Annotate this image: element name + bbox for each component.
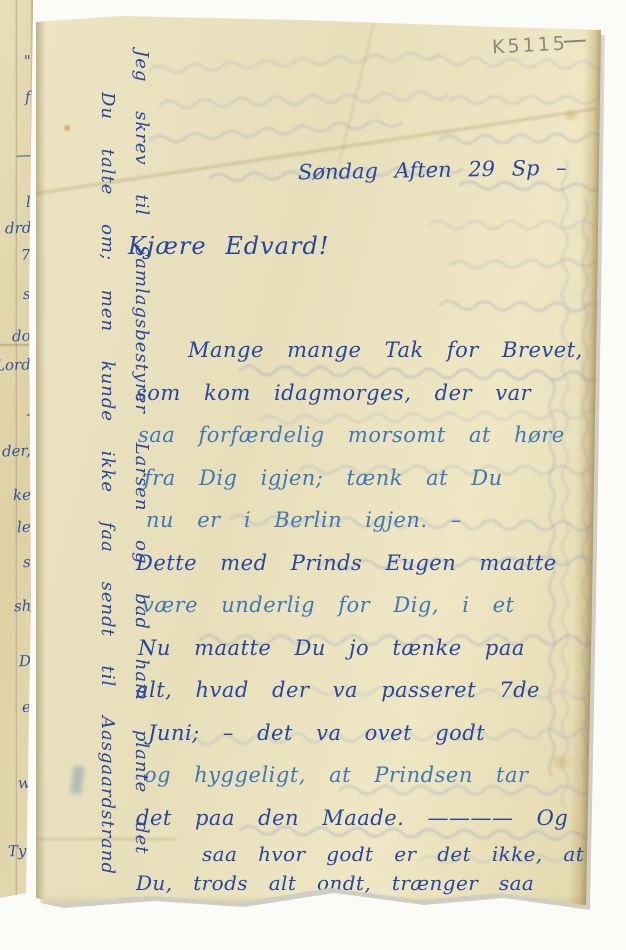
pencil-stroke	[564, 39, 586, 42]
sliver-text-fragment: Tyl	[7, 842, 31, 861]
letter-page: K5115 Søndag Aften 29 Sp – Kjære Edvard!…	[36, 16, 602, 911]
letter-line: alt, hvad der va passeret 7de	[136, 678, 596, 721]
ghost-writing-stroke	[150, 119, 402, 144]
letter-line: Juni; – det va ovet godt	[136, 721, 596, 764]
letter-line: som kom idagmorges, der var	[136, 381, 596, 424]
letter-line: fra Dig igjen; tænk at Du	[136, 466, 596, 509]
sliver-text-fragment: ke	[13, 486, 32, 505]
sliver-text-fragment: e	[22, 698, 32, 716]
letter-line: Nu maatte Du jo tænke paa	[136, 636, 596, 679]
scanned-letter-page: "f—ldrd7sdoLord-der,kelesshDewTyl K5115 …	[0, 0, 626, 950]
letter-line: og hyggeligt, at Prindsen tar	[136, 763, 596, 806]
sliver-text-fragment: do	[12, 327, 31, 346]
date-line: Søndag Aften 29 Sp –	[298, 156, 567, 185]
sliver-text-fragment: 7	[21, 246, 31, 264]
letter-line: saa forfærdelig morsomt at høre	[136, 423, 596, 466]
sliver-text-fragment: le	[17, 518, 31, 536]
ghost-writing-stroke	[430, 221, 602, 229]
sliver-text-fragment: der,	[2, 442, 31, 461]
sliver-text-fragment: s	[23, 553, 31, 571]
sliver-text-fragment: "	[24, 52, 32, 70]
gutter-shadow	[36, 16, 46, 911]
sliver-text-fragment: s	[23, 285, 31, 303]
sliver-text-fragment: f	[25, 88, 31, 106]
letter-body-tail: saa hvor godt er det ikke, atDu, trods a…	[136, 842, 596, 900]
ghost-writing-stroke	[160, 91, 448, 109]
sliver-text-fragment: drd	[4, 219, 31, 238]
margin-note-inner: Jeg skrev til Samlagsbestyrer Larsen og …	[131, 50, 152, 854]
page-edge-shading	[30, 0, 33, 898]
letter-body: Mange mange Tak for Brevet,som kom idagm…	[136, 338, 596, 848]
letter-line: være underlig for Dig, i et	[136, 593, 596, 636]
archive-number-text: K5115	[491, 33, 568, 59]
letter-line: saa hvor godt er det ikke, at	[136, 842, 596, 871]
letter-line: nu er i Berlin igjen. –	[136, 508, 596, 551]
ghost-writing-stroke	[150, 51, 438, 73]
adjacent-page-edge: "f—ldrd7sdoLord-der,kelesshDewTyl	[0, 0, 33, 898]
sliver-text-fragment: D	[19, 652, 32, 670]
paper-stain	[562, 108, 580, 122]
salutation: Kjære Edvard!	[128, 232, 329, 260]
letter-line: Dette med Prinds Eugen maatte	[136, 551, 596, 594]
ghost-writing-stroke	[440, 301, 602, 313]
sliver-text-fragment: sh	[13, 597, 31, 616]
letter-line: Mange mange Tak for Brevet,	[136, 338, 596, 381]
margin-note-outer: Du talte om; men kunde ikke faa sendt ti…	[97, 92, 118, 929]
ghost-writing-stroke	[450, 97, 602, 104]
paper-stain	[63, 124, 71, 132]
sliver-text-fragment: Lord	[0, 355, 31, 374]
sliver-text-fragment: w	[18, 774, 31, 792]
sliver-text-fragment: l	[26, 193, 31, 211]
ghost-writing-stroke	[430, 56, 602, 73]
sliver-text-fragment: -	[26, 405, 32, 423]
sliver-text-fragment: —	[16, 146, 32, 165]
ghost-writing-stroke	[440, 131, 602, 144]
